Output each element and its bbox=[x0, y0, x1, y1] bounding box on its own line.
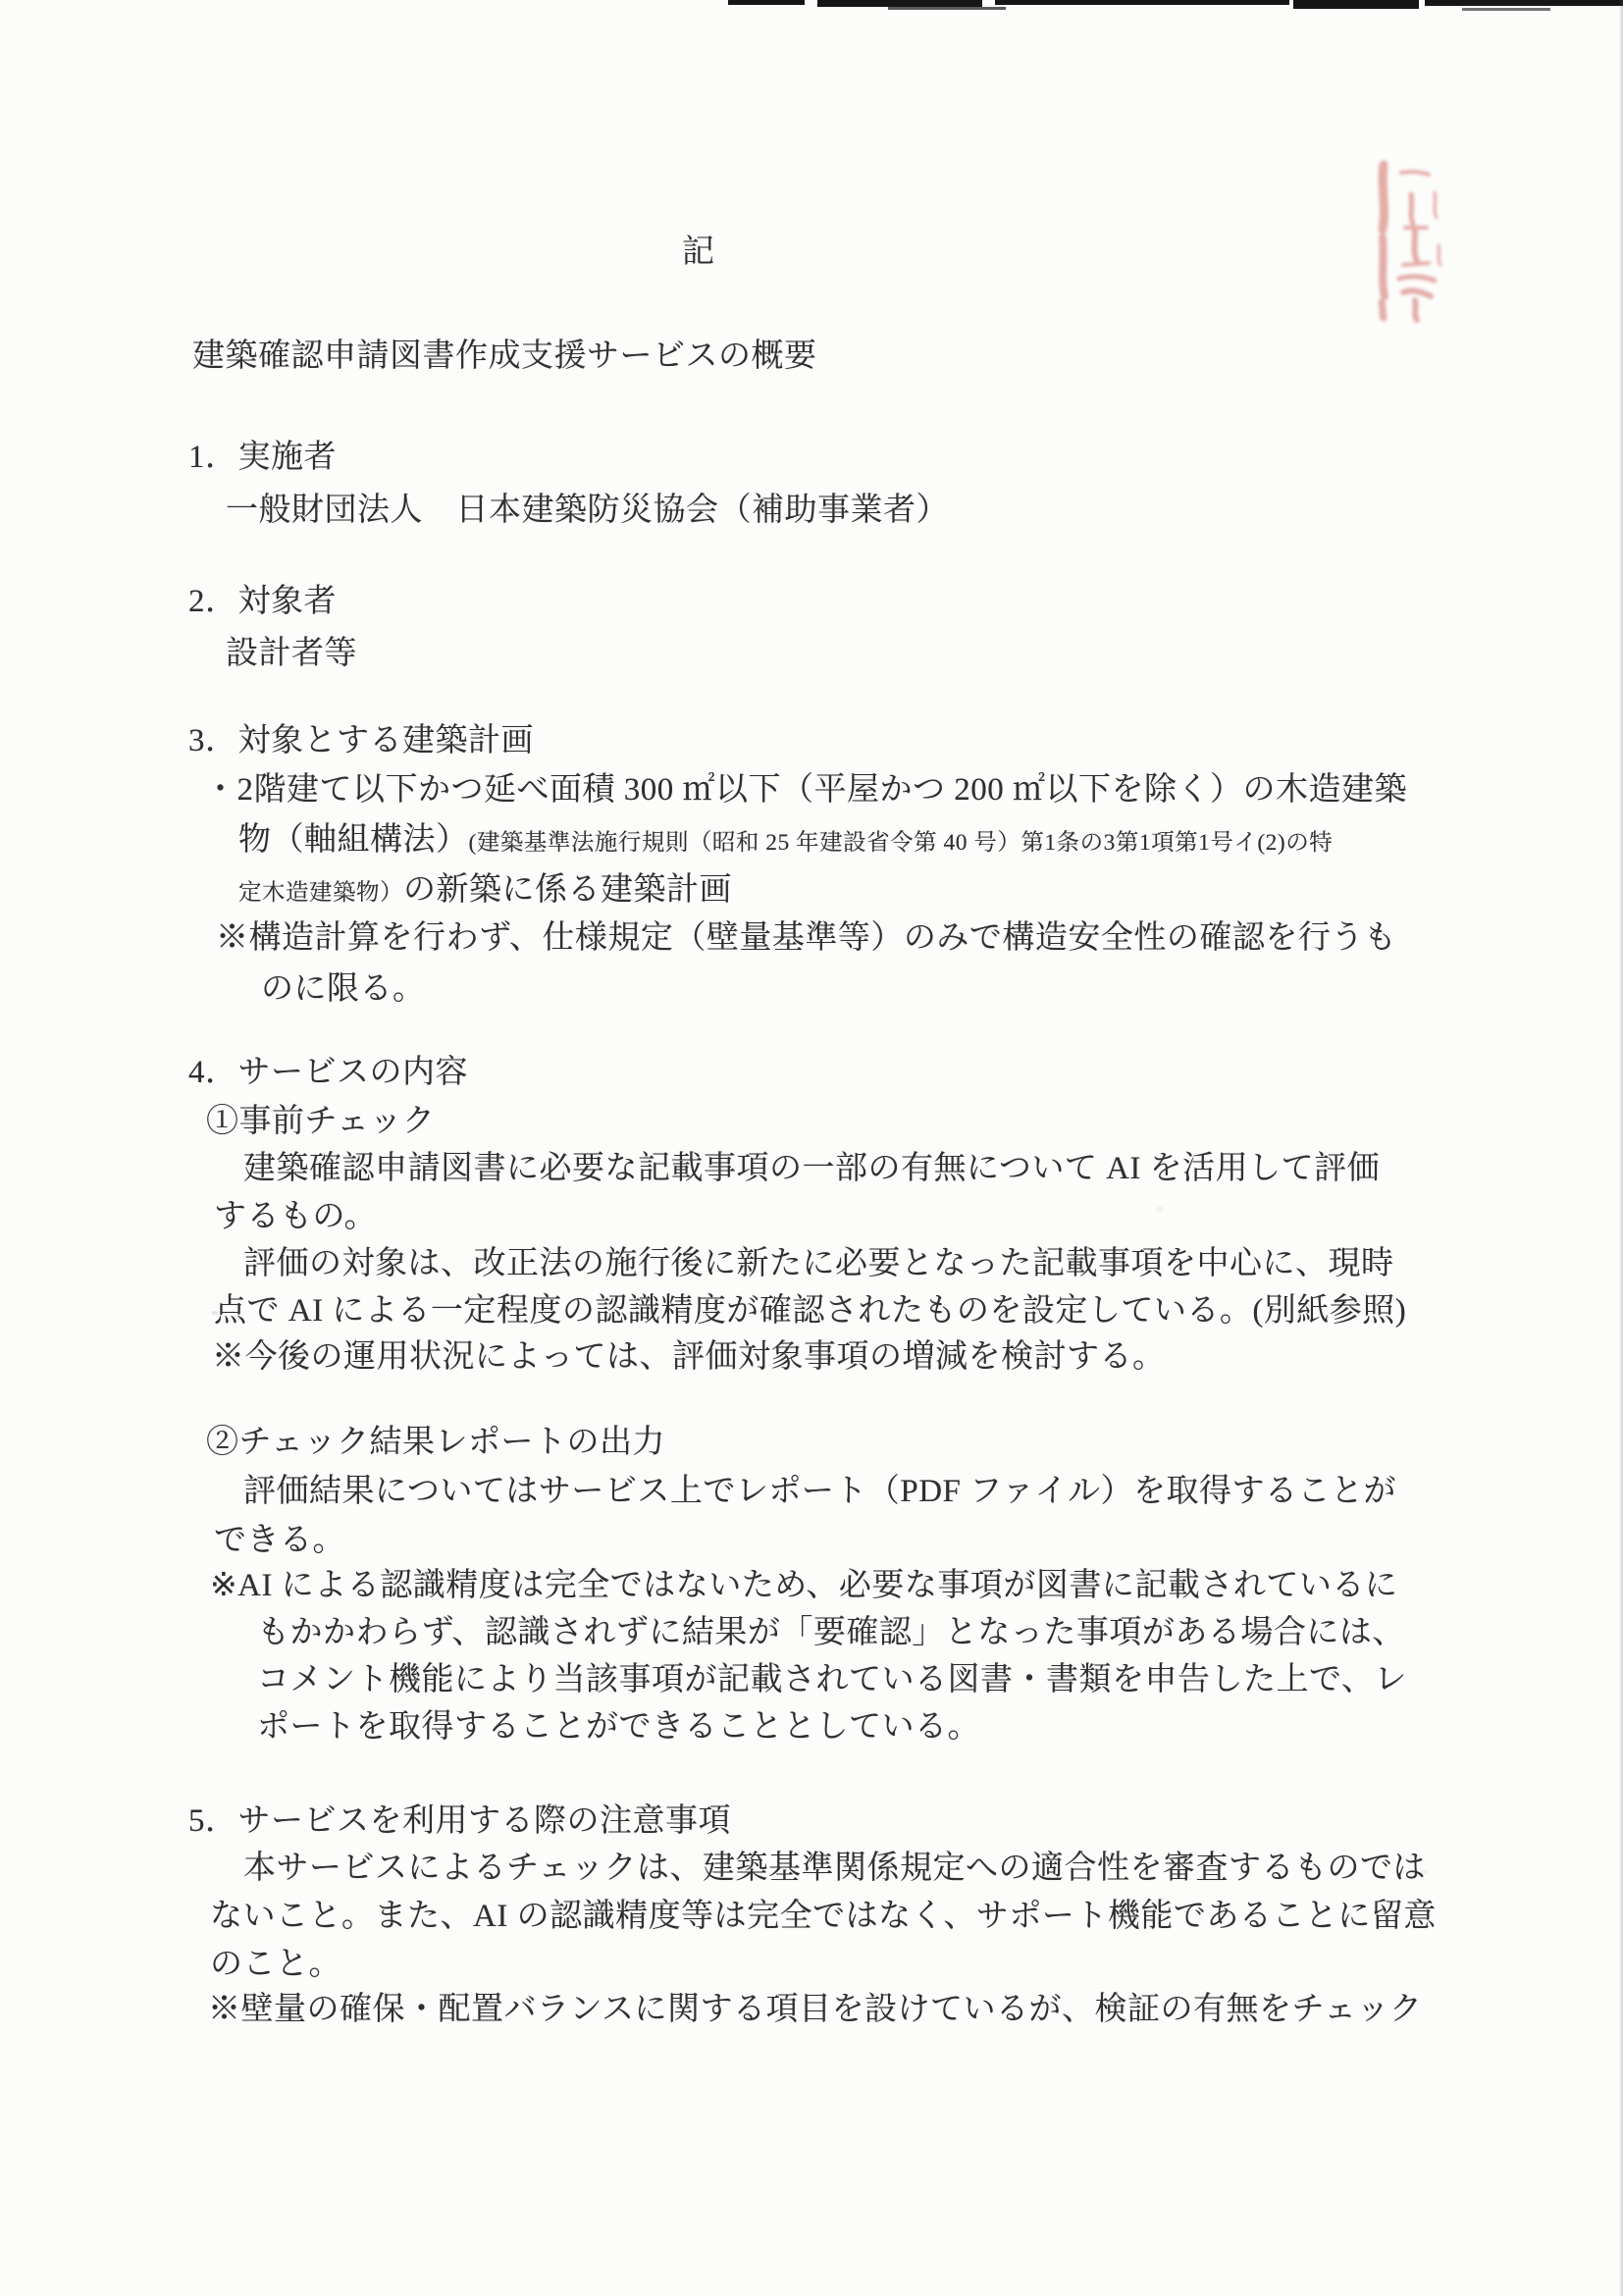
section-4-sub2-note-cont: コメント機能により当該事項が記載されている図書・書類を申告した上で、レ bbox=[257, 1661, 1407, 1700]
section-4-sub2-body-text: 評価結果についてはサービス上でレポート（PDF ファイル）を取得することが bbox=[243, 1474, 1396, 1509]
section-5-body-text: 本サービスによるチェックは、建築基準関係規定への適合性を審査するものでは bbox=[243, 1851, 1426, 1886]
section-4-sub1-body-text: 建築確認申請図書に必要な記載事項の一部の有無について AI を活用して評価 bbox=[243, 1151, 1380, 1186]
section-1-body-text: 一般財団法人 日本建築防災協会（補助事業者） bbox=[226, 493, 949, 528]
section-5-heading: 5．サービスを利用する際の注意事項 bbox=[188, 1802, 731, 1842]
scanner-artifact-top bbox=[817, 0, 982, 7]
section-3-note: ※構造計算を行わず、仕様規定（壁量基準等）のみで構造安全性の確認を行うも bbox=[216, 919, 1396, 959]
section-4-sub2-note-cont: もかかわらず、認識されずに結果が「要確認」となった事項がある場合には、 bbox=[257, 1614, 1405, 1653]
remark-heading: 記 bbox=[682, 234, 715, 273]
page-edge-shadow bbox=[1619, 0, 1623, 2296]
section-5-body-text: ないこと。また、AI の認識精度等は完全ではなく、サポート機能であることに留意 bbox=[210, 1899, 1437, 1934]
section-2-body: 設計者等 bbox=[226, 635, 357, 674]
section-4-sub2-heading-text: ②チェック結果レポートの出力 bbox=[206, 1425, 665, 1460]
scanner-artifact-top bbox=[995, 0, 1289, 5]
section-3-heading-text: 3．対象とする建築計画 bbox=[188, 723, 534, 758]
section-4-sub2-note-cont-text: ポートを取得することができることとしている。 bbox=[257, 1709, 980, 1745]
section-4-sub2-body: 評価結果についてはサービス上でレポート（PDF ファイル）を取得することが bbox=[243, 1473, 1396, 1512]
section-3-item-cont-text: 物（軸組構法） bbox=[238, 822, 469, 858]
document-page: 記建築確認申請図書作成支援サービスの概要1．実施者一般財団法人 日本建築防災協会… bbox=[0, 0, 1623, 2296]
scanner-artifact-top bbox=[1462, 8, 1550, 11]
section-5-body-text: のこと。 bbox=[210, 1947, 341, 1982]
section-2-heading: 2．対象者 bbox=[188, 583, 337, 622]
red-stamp bbox=[1372, 159, 1456, 326]
red-stamp-mark bbox=[1372, 159, 1456, 326]
section-3-note-text: ※構造計算を行わず、仕様規定（壁量基準等）のみで構造安全性の確認を行うも bbox=[216, 920, 1396, 956]
section-1-heading: 1．実施者 bbox=[188, 439, 337, 478]
section-4-heading: 4．サービスの内容 bbox=[188, 1054, 468, 1093]
paper-speck bbox=[1156, 1207, 1164, 1212]
section-5-note-text: ※壁量の確保・配置バランスに関する項目を設けているが、検証の有無をチェック bbox=[208, 1992, 1423, 2027]
section-3-item-cont-text: (建築基準法施行規則（昭和 25 年建設省令第 40 号）第1条の3第1項第1号… bbox=[469, 830, 1334, 856]
section-4-sub2-body: できる。 bbox=[214, 1522, 345, 1561]
section-5-note: ※壁量の確保・配置バランスに関する項目を設けているが、検証の有無をチェック bbox=[208, 1991, 1423, 2030]
paper-speck bbox=[1421, 1870, 1428, 1874]
section-4-sub1-heading: ①事前チェック bbox=[206, 1103, 436, 1142]
section-4-sub1-body: 評価の対象は、改正法の施行後に新たに必要となった記載事項を中心に、現時 bbox=[243, 1245, 1394, 1284]
section-3-heading: 3．対象とする建築計画 bbox=[188, 722, 534, 761]
section-1-heading-text: 1．実施者 bbox=[188, 440, 337, 475]
section-4-sub2-heading: ②チェック結果レポートの出力 bbox=[206, 1424, 665, 1463]
remark-heading-text: 記 bbox=[682, 235, 715, 270]
section-2-heading-text: 2．対象者 bbox=[188, 584, 337, 619]
section-4-sub1-body-text: 点で AI による一定程度の認識精度が確認されたものを設定している。(別紙参照) bbox=[214, 1293, 1406, 1329]
section-3-item-cont-text: の新築に係る建築計画 bbox=[403, 872, 732, 908]
section-4-sub2-note-cont-text: コメント機能により当該事項が記載されている図書・書類を申告した上で、レ bbox=[257, 1662, 1407, 1697]
document-title: 建築確認申請図書作成支援サービスの概要 bbox=[192, 338, 817, 377]
section-4-heading-text: 4．サービスの内容 bbox=[188, 1055, 468, 1090]
section-4-sub2-note-cont-text: もかかわらず、認識されずに結果が「要確認」となった事項がある場合には、 bbox=[257, 1615, 1405, 1650]
paper-speck bbox=[212, 1311, 218, 1315]
section-1-body: 一般財団法人 日本建築防災協会（補助事業者） bbox=[226, 492, 949, 531]
section-5-body: 本サービスによるチェックは、建築基準関係規定への適合性を審査するものでは bbox=[243, 1850, 1426, 1889]
section-3-item-cont: 定木造建築物）の新築に係る建築計画 bbox=[238, 871, 732, 911]
section-5-body: のこと。 bbox=[210, 1946, 341, 1985]
section-5-body: ないこと。また、AI の認識精度等は完全ではなく、サポート機能であることに留意 bbox=[210, 1898, 1437, 1937]
scanner-artifact-top bbox=[728, 0, 805, 5]
section-3-item: ・2階建て以下かつ延べ面積 300 ㎡以下（平屋かつ 200 ㎡以下を除く）の木… bbox=[204, 771, 1407, 810]
section-4-sub1-note: ※今後の運用状況によっては、評価対象事項の増減を検討する。 bbox=[212, 1338, 1166, 1378]
document-title-text: 建築確認申請図書作成支援サービスの概要 bbox=[192, 339, 817, 374]
section-3-item-text: ・2階建て以下かつ延べ面積 300 ㎡以下（平屋かつ 200 ㎡以下を除く）の木… bbox=[204, 772, 1407, 808]
section-3-item-cont: 物（軸組構法）(建築基準法施行規則（昭和 25 年建設省令第 40 号）第1条の… bbox=[238, 821, 1333, 861]
section-4-sub1-body: 建築確認申請図書に必要な記載事項の一部の有無について AI を活用して評価 bbox=[243, 1150, 1380, 1189]
section-3-note-cont-text: のに限る。 bbox=[261, 971, 426, 1007]
section-4-sub2-body-text: できる。 bbox=[214, 1523, 345, 1558]
section-4-sub2-note-text: ※AI による認識精度は完全ではないため、必要な事項が図書に記載されているに bbox=[210, 1568, 1397, 1603]
section-4-sub1-body: 点で AI による一定程度の認識精度が確認されたものを設定している。(別紙参照) bbox=[214, 1292, 1406, 1331]
scanner-artifact-top bbox=[1293, 0, 1419, 9]
scanner-artifact-top bbox=[1425, 0, 1623, 6]
section-3-note-cont: のに限る。 bbox=[261, 970, 426, 1010]
section-4-sub1-heading-text: ①事前チェック bbox=[206, 1104, 436, 1139]
section-2-body-text: 設計者等 bbox=[226, 636, 357, 671]
section-3-item-cont-text: 定木造建築物） bbox=[238, 880, 403, 906]
section-4-sub1-body: するもの。 bbox=[214, 1198, 377, 1237]
scanner-artifact-top bbox=[888, 7, 1006, 10]
section-4-sub1-body-text: するもの。 bbox=[214, 1199, 377, 1234]
section-4-sub1-note-text: ※今後の運用状況によっては、評価対象事項の増減を検討する。 bbox=[212, 1339, 1166, 1375]
section-4-sub2-note-cont: ポートを取得することができることとしている。 bbox=[257, 1708, 980, 1748]
section-4-sub2-note: ※AI による認識精度は完全ではないため、必要な事項が図書に記載されているに bbox=[210, 1567, 1397, 1606]
section-4-sub1-body-text: 評価の対象は、改正法の施行後に新たに必要となった記載事項を中心に、現時 bbox=[243, 1246, 1394, 1281]
section-5-heading-text: 5．サービスを利用する際の注意事項 bbox=[188, 1803, 731, 1839]
